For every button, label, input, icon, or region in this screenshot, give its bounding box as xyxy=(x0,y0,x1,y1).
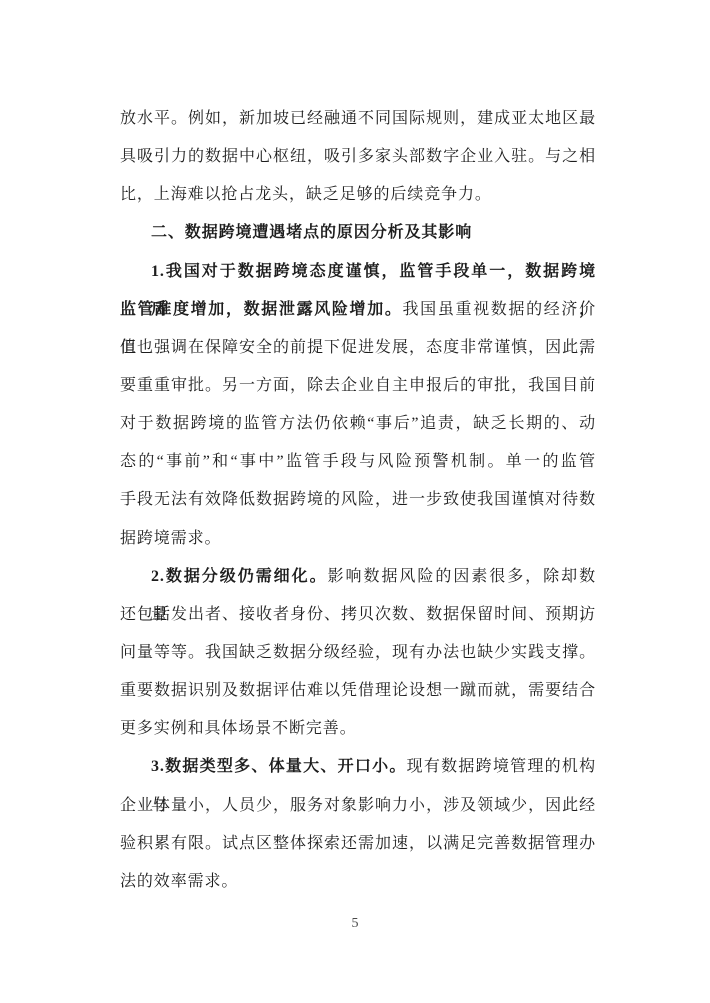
text-segment-bold: 监管难度增加，数据泄露风险增加。 xyxy=(120,301,403,318)
text-segment: 问量等等。我国缺乏数据分级经验，现有办法也缺少实践支撑。 xyxy=(120,644,596,661)
text-line: 具吸引力的数据中心枢纽，吸引多家头部数字企业入驻。与之相 xyxy=(120,138,596,176)
text-line: 据跨境需求。 xyxy=(120,520,596,558)
text-segment: 但也强调在保障安全的前提下促进发展，态度非常谨慎，因此需 xyxy=(120,339,596,356)
text-segment: 放水平。例如，新加坡已经融通不同国际规则，建成亚太地区最 xyxy=(120,110,596,127)
text-segment-bold: 二、数据跨境遭遇堵点的原因分析及其影响 xyxy=(151,224,472,241)
text-line: 企业体量小，人员少，服务对象影响力小，涉及领域少，因此经 xyxy=(120,787,596,825)
text-line: 对于数据跨境的监管方法仍依赖“事后”追责，缺乏长期的、动 xyxy=(120,405,596,443)
text-segment-bold: 2.数据分级仍需细化。 xyxy=(151,568,328,585)
page-number: 5 xyxy=(0,914,710,934)
text-line: 但也强调在保障安全的前提下促进发展，态度非常谨慎，因此需 xyxy=(120,329,596,367)
document-page: 放水平。例如，新加坡已经融通不同国际规则，建成亚太地区最具吸引力的数据中心枢纽，… xyxy=(0,0,710,1003)
text-line: 更多实例和具体场景不断完善。 xyxy=(120,710,596,748)
text-segment: 比，上海难以抢占龙头，缺乏足够的后续竞争力。 xyxy=(120,186,492,203)
text-line: 比，上海难以抢占龙头，缺乏足够的后续竞争力。 xyxy=(120,176,596,214)
text-segment: 更多实例和具体场景不断完善。 xyxy=(120,720,357,737)
text-line: 要重重审批。另一方面，除去企业自主申报后的审批，我国目前 xyxy=(120,367,596,405)
text-line: 重要数据识别及数据评估难以凭借理论设想一蹴而就，需要结合 xyxy=(120,672,596,710)
text-segment-bold: 3.数据类型多、体量大、开口小。 xyxy=(151,758,407,775)
text-segment: 手段无法有效降低数据跨境的风险，进一步致使我国谨慎对待数 xyxy=(120,491,596,508)
text-line: 3.数据类型多、体量大、开口小。现有数据跨境管理的机构与 xyxy=(120,748,596,786)
text-segment: 法的效率需求。 xyxy=(120,873,238,890)
text-line: 监管难度增加，数据泄露风险增加。我国虽重视数据的经济价值， xyxy=(120,291,596,329)
text-line: 二、数据跨境遭遇堵点的原因分析及其影响 xyxy=(120,214,596,252)
text-segment: 态的“事前”和“事中”监管手段与风险预警机制。单一的监管 xyxy=(120,453,596,470)
text-segment: 对于数据跨境的监管方法仍依赖“事后”追责，缺乏长期的、动 xyxy=(120,415,596,432)
text-line: 态的“事前”和“事中”监管手段与风险预警机制。单一的监管 xyxy=(120,443,596,481)
text-segment: 重要数据识别及数据评估难以凭借理论设想一蹴而就，需要结合 xyxy=(120,682,596,699)
text-segment: 还包括发出者、接收者身份、拷贝次数、数据保留时间、预期访 xyxy=(120,606,596,623)
text-line: 问量等等。我国缺乏数据分级经验，现有办法也缺少实践支撑。 xyxy=(120,634,596,672)
document-body: 放水平。例如，新加坡已经融通不同国际规则，建成亚太地区最具吸引力的数据中心枢纽，… xyxy=(120,100,596,901)
text-line: 法的效率需求。 xyxy=(120,863,596,901)
text-segment: 企业体量小，人员少，服务对象影响力小，涉及领域少，因此经 xyxy=(120,797,596,814)
text-line: 手段无法有效降低数据跨境的风险，进一步致使我国谨慎对待数 xyxy=(120,481,596,519)
text-segment: 据跨境需求。 xyxy=(120,530,221,547)
text-segment: 验积累有限。试点区整体探索还需加速，以满足完善数据管理办 xyxy=(120,835,596,852)
text-line: 2.数据分级仍需细化。影响数据风险的因素很多，除却数量， xyxy=(120,558,596,596)
text-line: 还包括发出者、接收者身份、拷贝次数、数据保留时间、预期访 xyxy=(120,596,596,634)
text-segment: 要重重审批。另一方面，除去企业自主申报后的审批，我国目前 xyxy=(120,377,596,394)
text-line: 放水平。例如，新加坡已经融通不同国际规则，建成亚太地区最 xyxy=(120,100,596,138)
text-line: 验积累有限。试点区整体探索还需加速，以满足完善数据管理办 xyxy=(120,825,596,863)
text-line: 1.我国对于数据跨境态度谨慎，监管手段单一，数据跨境后， xyxy=(120,253,596,291)
text-segment: 具吸引力的数据中心枢纽，吸引多家头部数字企业入驻。与之相 xyxy=(120,148,596,165)
